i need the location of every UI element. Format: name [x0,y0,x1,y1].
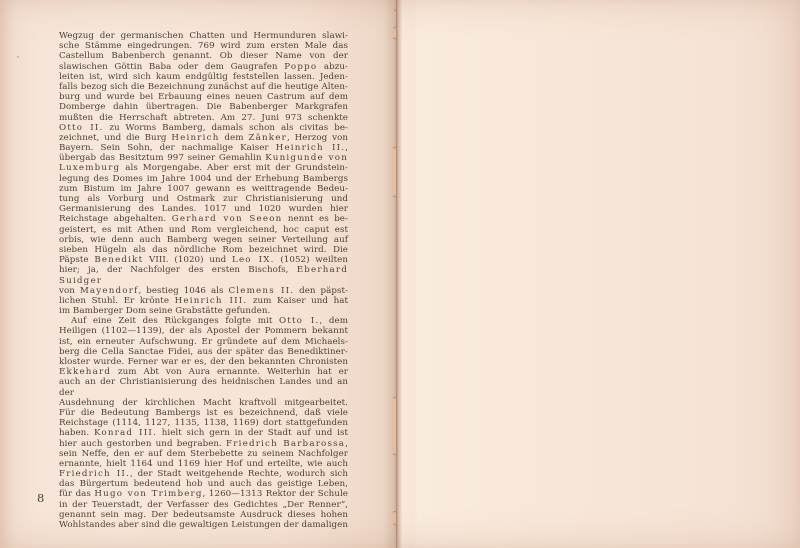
binding-stitch [393,28,396,38]
text-line: hier; ja, der Nachfolger des ersten Bisc… [59,265,348,285]
text-line: auch an der Christianisierung des heidni… [59,377,348,397]
text-line: kloster wurde. Ferner war er es, der den… [59,357,348,367]
binding-stitch [393,398,396,454]
paper-speck [17,56,19,58]
text-line: Luxemburg als Morgengabe. Aber erst mit … [59,163,348,173]
text-line: Auf eine Zeit des Rückganges folgte mit … [59,316,348,326]
text-line: sein Neffe, den er auf dem Sterbebette z… [59,449,348,459]
text-line: Für die Bedeutung Bambergs ist es bezeic… [59,408,348,418]
text-line: für das Hugo von Trimberg, 1260—1313 Rek… [59,489,348,499]
gutter-crease-line [396,0,397,548]
text-line: Castellum Babenberch genannt. Ob dieser … [59,51,348,61]
text-line: Otto II. zu Worms Bamberg, damals schon … [59,123,348,133]
text-line: ernannte, hielt 1164 und 1169 hier Hof u… [59,459,348,469]
text-line: sche Stämme eingedrungen. 769 wird zum e… [59,41,348,51]
text-line: lichen Stuhl. Er krönte Heinrich III. zu… [59,296,348,306]
text-line: von Mayendorf, bestieg 1046 als Clemens … [59,286,348,296]
text-line: hier auch gestorben und begraben. Friedr… [59,439,348,449]
text-line: Päpste Benedikt VIII. (1020) und Leo IX.… [59,255,348,265]
text-line: Reichstage abgehalten. Gerhard von Seeon… [59,214,348,224]
paper-speck [394,9,396,11]
text-line: Bayern. Sein Sohn, der nachmalige Kaiser… [59,143,348,153]
text-line: genannt sein mag. Der bedeutsamste Ausdr… [59,510,348,520]
text-line: zeichnet, und die Burg Heinrich dem Zänk… [59,133,348,143]
text-line: Germanisierung des Landes. 1017 und 1020… [59,204,348,214]
text-line: tung als Vorburg und Ostmark zur Christi… [59,194,348,204]
text-line: leiten ist, wird sich kaum endgültig fes… [59,72,348,82]
text-line: Wegzug der germanischen Chatten und Herm… [59,31,348,41]
page-left-text: Wegzug der germanischen Chatten und Herm… [59,31,348,530]
text-line: Reichstage (1114, 1127, 1135, 1138, 1169… [59,418,348,428]
text-line: mußten die Herrschaft abtreten. Am 27. J… [59,113,348,123]
text-line: Friedrich II., der Stadt weitgehende Rec… [59,469,348,479]
page-left: Wegzug der germanischen Chatten und Herm… [0,0,398,548]
binding-stitch [393,148,396,196]
text-line: Heiligen (1102—1139), der als Apostel de… [59,326,348,336]
text-line: legung des Domes im Jahre 1004 und der E… [59,174,348,184]
text-line: Domberge dahin übertragen. Die Babenberg… [59,102,348,112]
text-line: zum Bistum im Jahre 1007 gewann es weitt… [59,184,348,194]
text-line: sieben Hügeln als das nördliche Rom beze… [59,245,348,255]
text-line: geistert, es mit Athen und Rom vergleich… [59,225,348,235]
text-line: Ausdehnung der kirchlichen Macht kraftvo… [59,398,348,408]
text-line: falls bezog sich die Bezeichnung zunächs… [59,82,348,92]
page-number-left: 8 [37,492,44,504]
binding-stitch [393,512,396,524]
text-line: burg und wurde bei Erbauung eines neuen … [59,92,348,102]
text-line: Wohlstandes aber sind die gewaltigen Lei… [59,520,348,530]
text-line: haben. Konrad III. hielt sich gern in de… [59,428,348,438]
gutter-shadow [384,0,414,548]
text-line: ist, ein erneuter Aufschwung. Er gründet… [59,337,348,347]
text-line: übergab das Besitztum 997 seiner Gemahli… [59,153,348,163]
text-line: orbis, wie denn auch Bamberg wegen seine… [59,235,348,245]
text-line: in der Teuerstadt, der Verfasser des Ged… [59,500,348,510]
text-line: slawischen Göttin Baba oder dem Gaugrafe… [59,62,348,72]
text-line: berg die Cella Sanctae Fidei, aus der sp… [59,347,348,357]
page-right: Dombauhütte. Unter Bischof Eckbert von A… [398,0,800,548]
text-line: im Bamberger Dom seine Grabstätte gefund… [59,306,348,316]
text-line: Ekkehard zum Abt von Aura ernannte. Weit… [59,367,348,377]
text-line: das Bürgertum bedeutend hob und auch das… [59,479,348,489]
